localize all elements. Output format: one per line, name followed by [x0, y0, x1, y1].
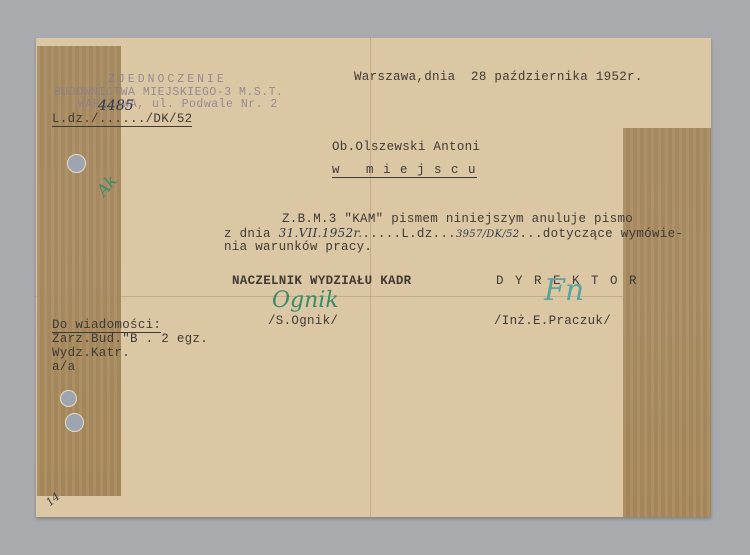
horizontal-fold — [36, 296, 711, 297]
body-line-2: z dnia 31.VII.1952r......L.dz...3957/DK/… — [224, 226, 683, 241]
left-signatory-name: /S.Ognik/ — [268, 314, 338, 328]
body-line-3: nia warunków pracy. — [224, 240, 372, 254]
left-signature: Ognik — [272, 288, 339, 313]
body-line-1: Z.B.M.3 "KAM" pismem niniejszym anuluje … — [282, 212, 633, 226]
punch-hole-bottom-1 — [60, 390, 77, 407]
right-signature: Fn — [544, 273, 584, 308]
right-signatory-name: /Inż.E.Praczuk/ — [494, 314, 611, 328]
handwritten-ref-number: 4485 — [98, 98, 134, 114]
right-tape-strip — [623, 128, 711, 517]
punch-hole-top — [67, 154, 86, 173]
recipient-name: Ob.Olszewski Antoni — [332, 140, 480, 154]
distribution-item: a/a — [52, 360, 75, 374]
left-signatory-title: NACZELNIK WYDZIAŁU KADR — [232, 274, 411, 288]
distribution-item: Wydz.Katr. — [52, 346, 130, 360]
distribution-item: Zarz.Bud."B . 2 egz. — [52, 332, 208, 346]
punch-hole-bottom-2 — [65, 413, 84, 432]
archival-document: ZJEDNOCZENIE BUDOWNICTWA MIEJSKIEGO-3 M.… — [36, 38, 711, 517]
reference-number: L.dz./....../DK/52 — [52, 112, 192, 127]
recipient-location: w m i e j s c u — [332, 163, 477, 178]
distribution-heading: Do wiadomości: — [52, 318, 161, 333]
date-line: Warszawa,dnia 28 października 1952r. — [354, 70, 643, 84]
stamp-line-1: ZJEDNOCZENIE — [108, 73, 227, 86]
